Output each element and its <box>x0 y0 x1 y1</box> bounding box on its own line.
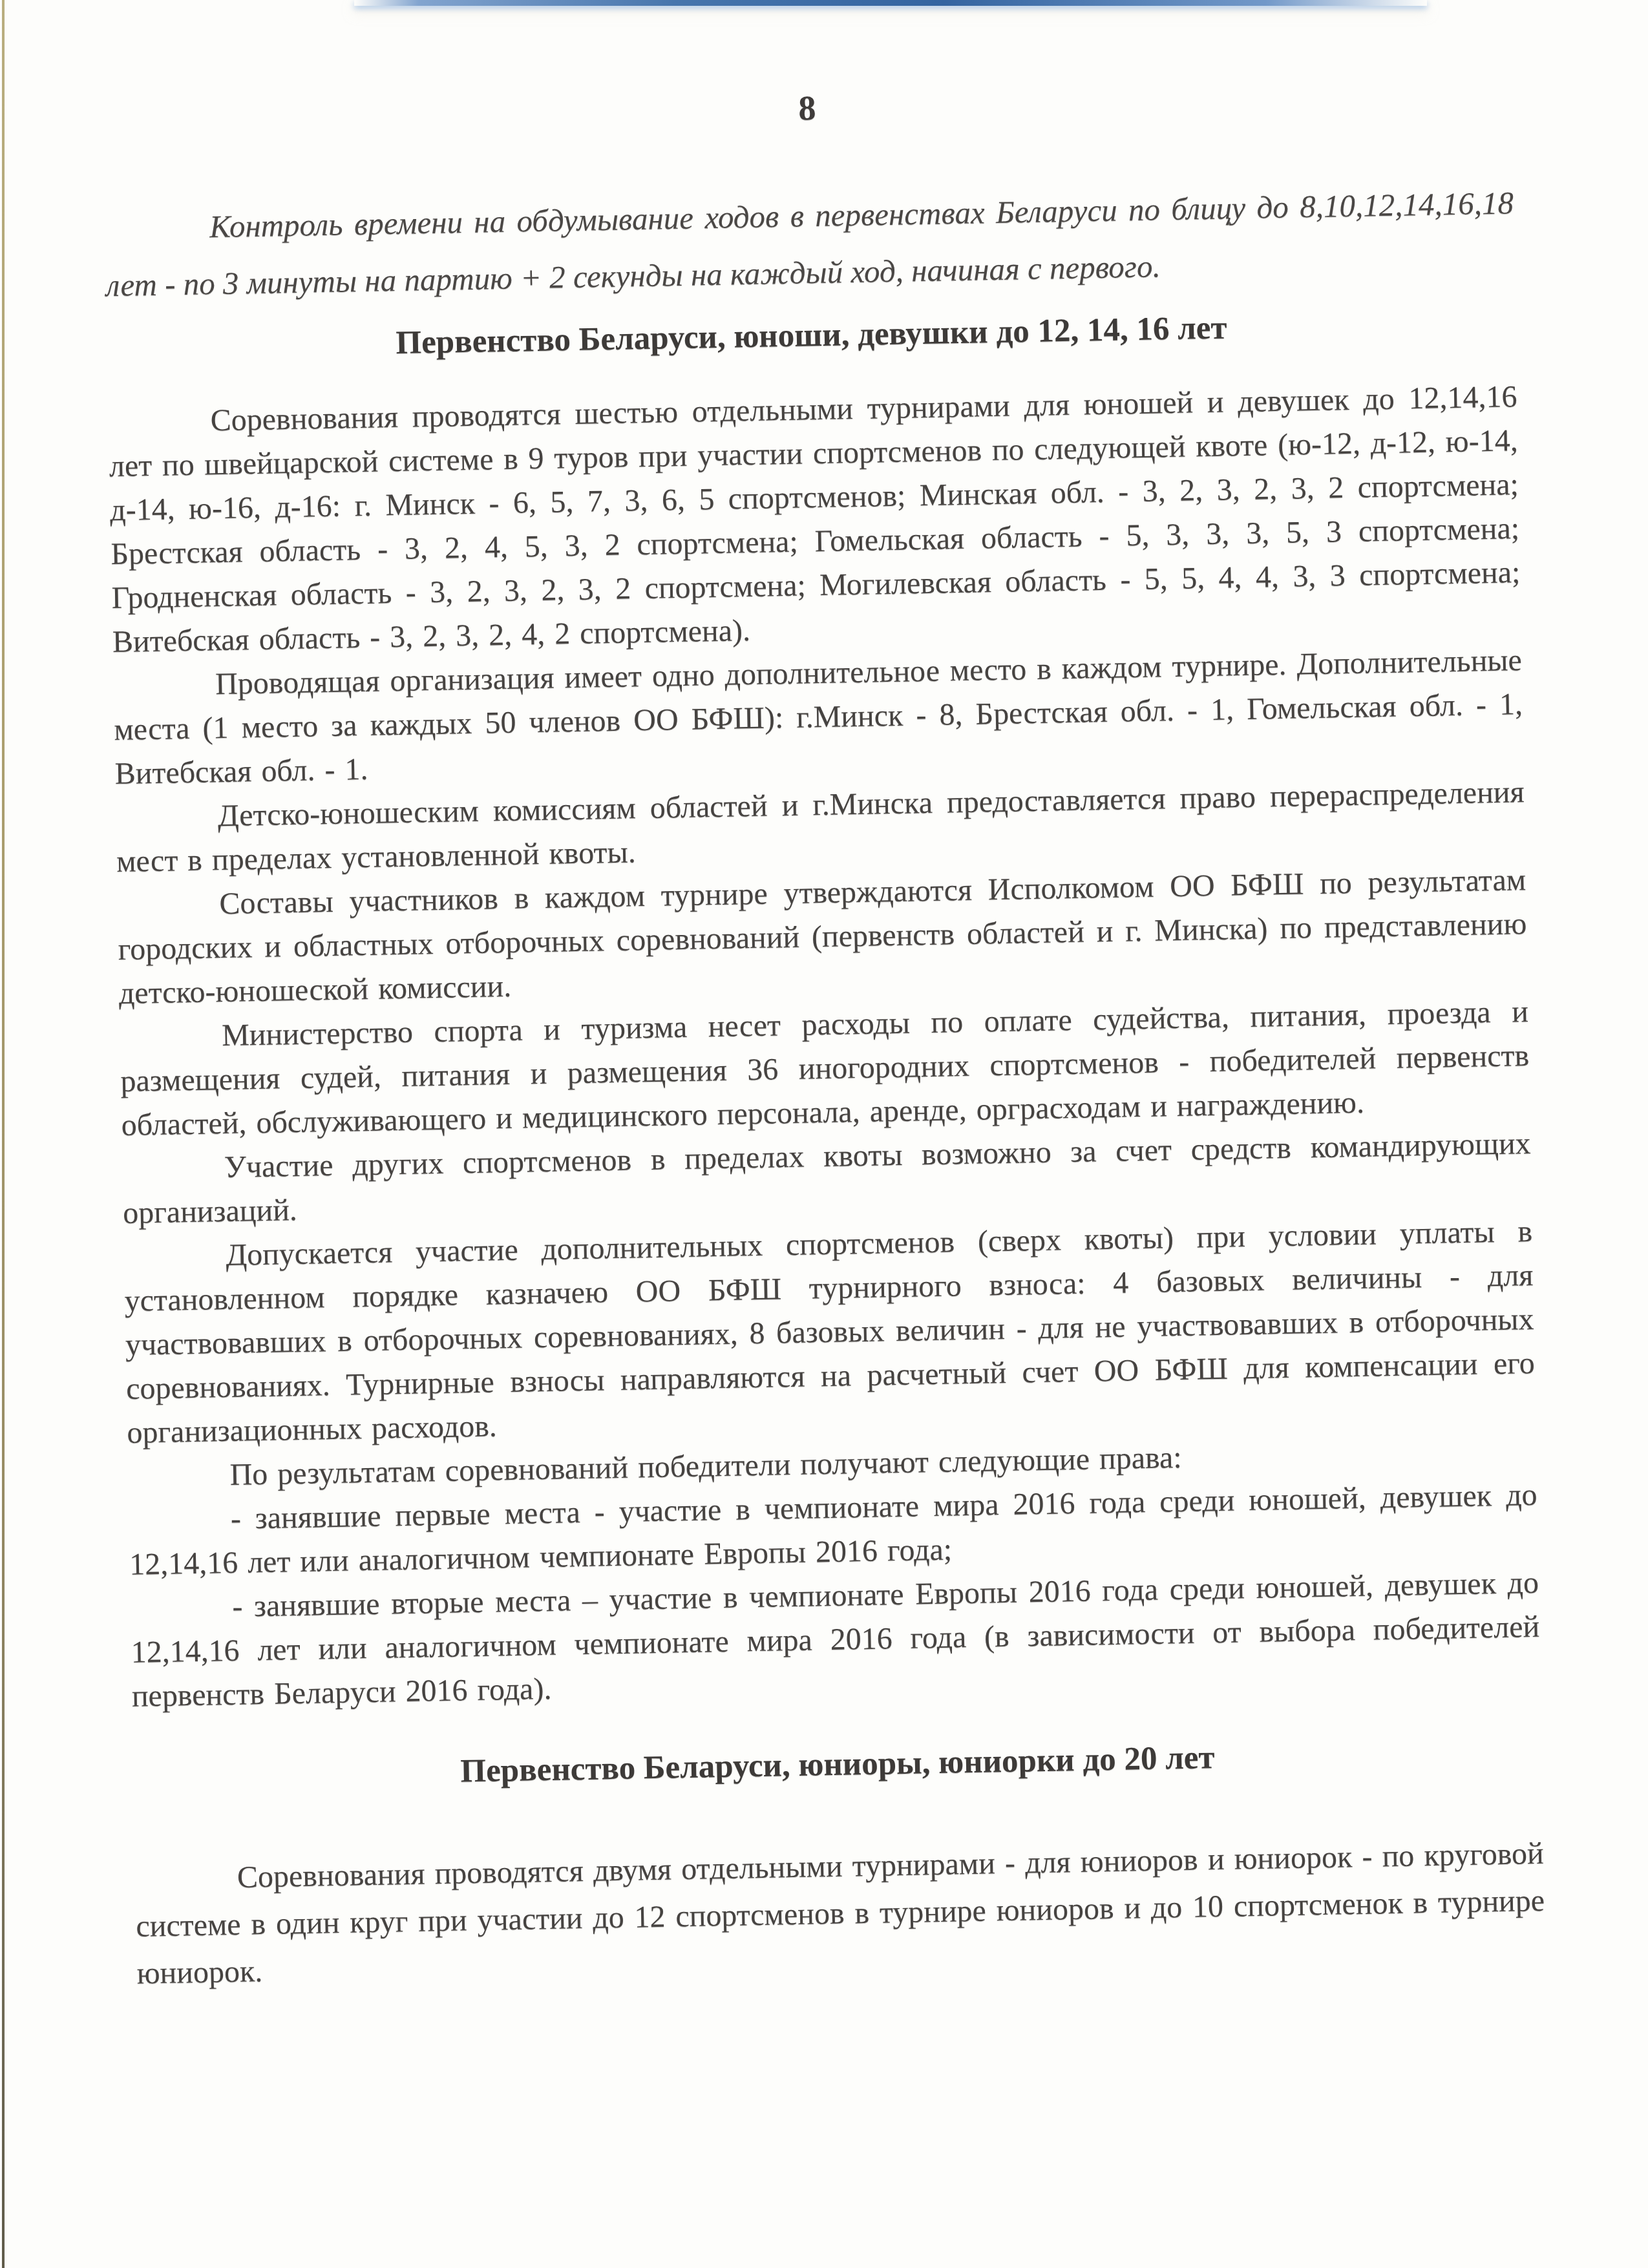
intro-paragraph: Контроль времени на обдумывание ходов в … <box>104 174 1515 314</box>
section-heading-youth-12-14-16: Первенство Беларуси, юноши, девушки до 1… <box>107 304 1516 367</box>
scan-artifact-left-edge-line <box>2 0 5 2268</box>
paragraph: Составы участников в каждом турнире утве… <box>117 858 1528 1016</box>
paragraph: Соревнования проводятся шестью отдельным… <box>108 375 1521 664</box>
section-heading-juniors-20: Первенство Беларуси, юниоры, юниорки до … <box>133 1733 1543 1796</box>
paragraph: Министерство спорта и туризма несет расх… <box>120 990 1530 1148</box>
page-number: 8 <box>101 0 1512 141</box>
paragraph: Допускается участие дополнительных спорт… <box>123 1210 1536 1455</box>
paragraph: Соревнования проводятся двумя отдельными… <box>134 1830 1546 1997</box>
document-page: 8 Контроль времени на обдумывание ходов … <box>0 0 1648 2268</box>
paragraph-list-item-second-places: - занявшие вторые места – участие в чемп… <box>130 1561 1541 1719</box>
paragraph: Проводящая организация имеет одно дополн… <box>113 638 1524 796</box>
page-content: 8 Контроль времени на обдумывание ходов … <box>101 0 1546 1997</box>
